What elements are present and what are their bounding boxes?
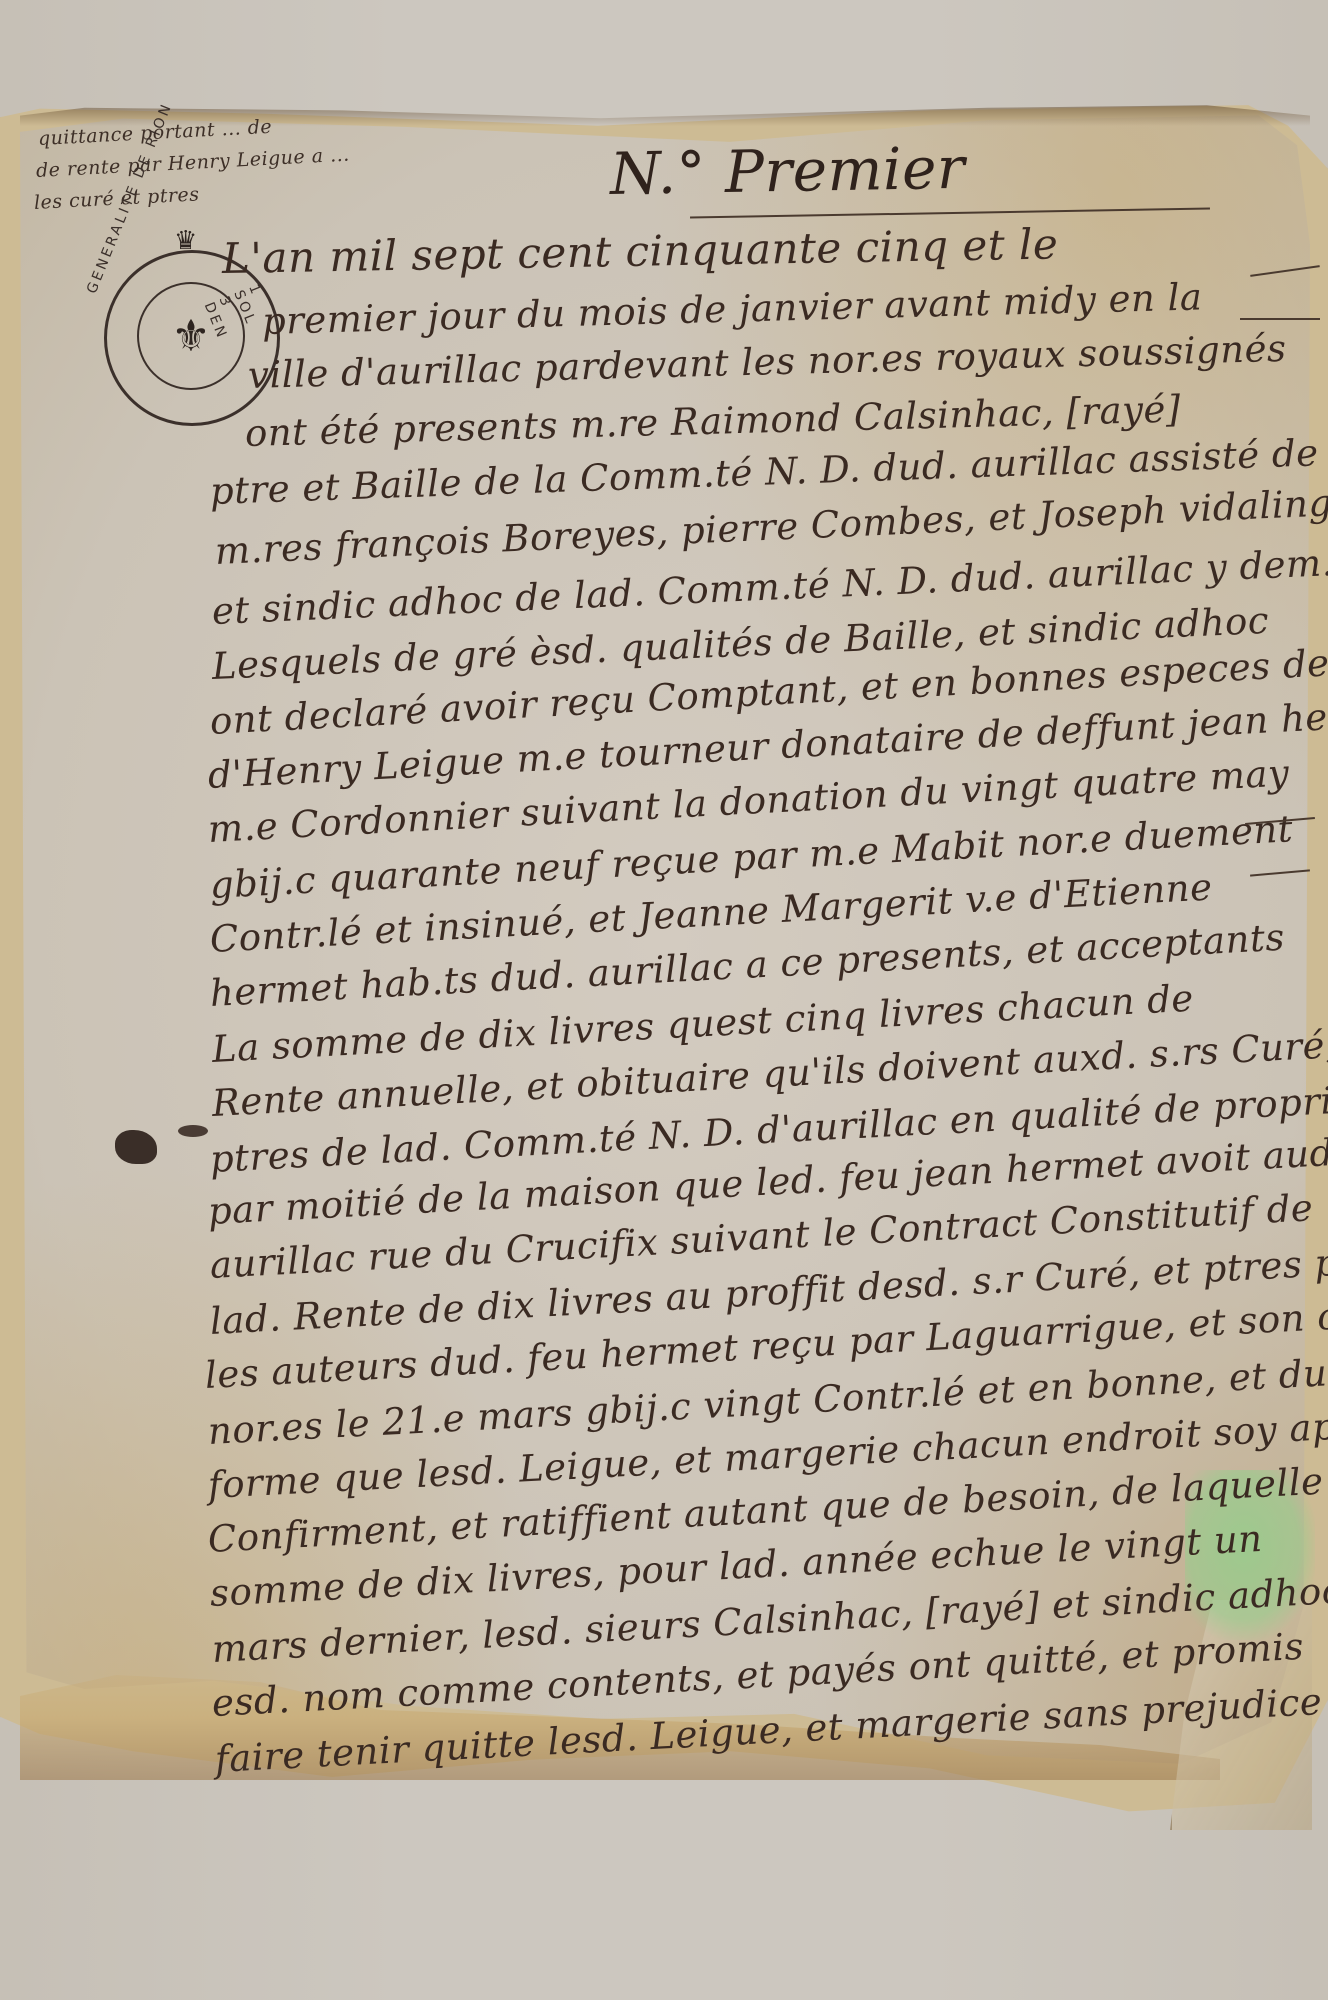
ink-blot: [115, 1130, 157, 1164]
crown-icon: ♛: [174, 226, 197, 256]
page-title: N.° Premier: [609, 134, 965, 208]
ink-blot: [178, 1125, 208, 1137]
margin-flourish: [1240, 318, 1320, 320]
